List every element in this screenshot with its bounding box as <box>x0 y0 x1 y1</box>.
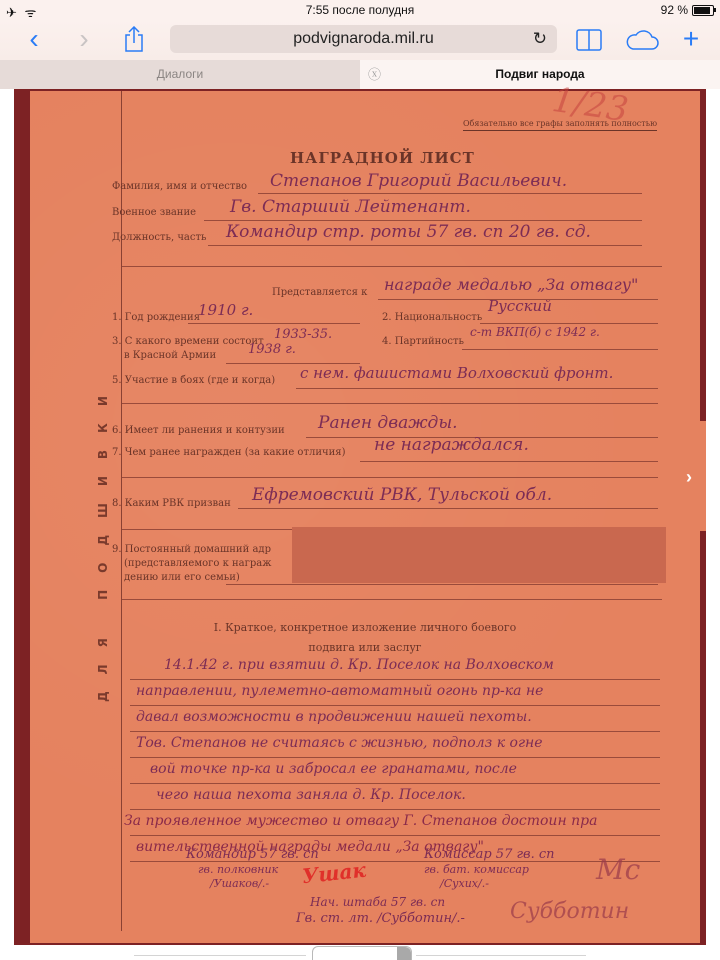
tab-bar: Диалоги ⓧ Подвиг народа <box>0 60 720 90</box>
url-text: podvignaroda.mil.ru <box>293 30 434 47</box>
rule <box>130 757 660 758</box>
fio-label: Фамилия, имя и отчество <box>112 181 247 192</box>
battles-label: 5. Участие в боях (где и когда) <box>112 375 275 386</box>
battery-icon <box>692 5 714 16</box>
battery-percent: 92 % <box>661 3 688 17</box>
share-icon <box>123 26 145 52</box>
narrative-line: 14.1.42 г. при взятии д. Кр. Поселок на … <box>164 657 554 673</box>
fio-value: Степанов Григорий Васильевич. <box>270 171 567 191</box>
page-viewport: ДЛЯ ПОДШИВКИ 1/23 Обязательно все графы … <box>0 89 720 960</box>
commander-name: /Ушаков/.- <box>210 877 269 890</box>
army-value-1: 1933-35. <box>274 327 332 342</box>
rank-value: Гв. Старший Лейтенант. <box>230 197 471 217</box>
pager-track <box>416 955 586 956</box>
rule <box>122 266 662 267</box>
narrative-line: За проявленное мужество и отвагу Г. Степ… <box>124 813 597 829</box>
close-tab-icon[interactable]: ⓧ <box>368 60 381 89</box>
army-label-1: 3. С какого времени состоит <box>112 336 264 347</box>
section-title: I. Краткое, конкретное изложение личного… <box>30 621 700 634</box>
wounds-label: 6. Имеет ли ранения и контузии <box>112 425 285 436</box>
rule <box>238 508 658 509</box>
nationality-value: Русский <box>488 297 552 315</box>
battery-status: 92 % <box>661 3 714 17</box>
army-label-2: в Красной Армии <box>124 350 216 361</box>
rule <box>122 529 298 530</box>
narrative-line: давал возможности в продвижении нашей пе… <box>136 709 532 725</box>
army-value-2: 1938 г. <box>248 342 296 357</box>
rule <box>130 705 660 706</box>
presented-label: Представляется к <box>272 287 367 298</box>
next-page-chevron-icon[interactable]: › <box>686 467 702 487</box>
commander-title: Командир 57 гв. сп <box>186 847 319 862</box>
pager-track <box>134 955 306 956</box>
rule <box>462 349 658 350</box>
wounds-value: Ранен дважды. <box>318 413 458 433</box>
birth-label: 1. Год рождения <box>112 312 200 323</box>
nationality-label: 2. Национальность <box>382 312 482 323</box>
rule <box>130 835 660 836</box>
tab-dialogs[interactable]: Диалоги <box>0 60 360 89</box>
awards-value: не награждался. <box>374 435 529 455</box>
rule <box>480 323 658 324</box>
forward-button[interactable]: › <box>70 24 98 54</box>
rule <box>208 245 642 246</box>
page-slider[interactable] <box>312 946 412 960</box>
rule <box>296 388 658 389</box>
rule <box>122 477 658 478</box>
browser-toolbar: ‹ › podvignaroda.mil.ru ↻ + <box>0 20 720 60</box>
address-label-3: дению или его семьи) <box>124 572 240 583</box>
rule <box>360 461 658 462</box>
rule <box>122 599 662 600</box>
commissar-signature: Мс <box>596 853 640 886</box>
narrative-line: Тов. Степанов не считаясь с жизнью, подп… <box>136 735 543 751</box>
status-bar: ✈ ᯤ 7:55 после полудня 92 % <box>0 0 720 20</box>
rule <box>130 731 660 732</box>
red-signature: Ушак <box>301 858 367 889</box>
icloud-tabs-button[interactable] <box>624 24 660 54</box>
battles-value: с нем. фашистами Волховский фронт. <box>300 364 613 382</box>
bookmarks-button[interactable] <box>574 24 604 54</box>
chief-of-staff-title: Нач. штаба 57 гв. сп <box>310 895 445 909</box>
page-slider-thumb[interactable] <box>397 947 411 960</box>
party-value: с-т ВКП(б) с 1942 г. <box>470 325 600 339</box>
rank-label: Военное звание <box>112 207 196 218</box>
rule <box>204 220 642 221</box>
cloud-icon <box>625 28 659 52</box>
award-sheet-image: ДЛЯ ПОДШИВКИ 1/23 Обязательно все графы … <box>30 91 700 943</box>
commissar-rank: гв. бат. комиссар <box>424 863 529 876</box>
rule <box>130 679 660 680</box>
status-time: 7:55 после полудня <box>0 3 720 17</box>
presented-value: награде медалью „За отвагу" <box>384 275 638 294</box>
position-value: Командир стр. роты 57 гв. сп 20 гв. сд. <box>226 222 591 242</box>
rvk-label: 8. Каким РВК призван <box>112 498 231 509</box>
book-icon <box>575 28 603 52</box>
chief-of-staff-name: Гв. ст. лт. /Субботин/.- <box>296 911 465 926</box>
party-label: 4. Партийность <box>382 336 464 347</box>
address-label-2: (представляемого к награж <box>124 558 271 569</box>
rule <box>130 809 660 810</box>
birth-value: 1910 г. <box>198 301 253 319</box>
header-note: Обязательно все графы заполнять полность… <box>463 119 657 131</box>
rule <box>188 323 360 324</box>
commander-rank: гв. полковник <box>198 863 278 876</box>
address-bar[interactable]: podvignaroda.mil.ru ↻ <box>170 25 557 53</box>
back-button[interactable]: ‹ <box>20 24 48 54</box>
rule <box>258 193 642 194</box>
narrative-line: вой точке пр-ка и забросал ее гранатами,… <box>150 761 517 777</box>
rule <box>122 403 658 404</box>
position-label: Должность, часть <box>112 232 206 243</box>
narrative-line: направлении, пулеметно-автоматный огонь … <box>136 683 543 699</box>
awards-label: 7. Чем ранее награжден (за какие отличия… <box>112 447 346 458</box>
rule <box>226 584 658 585</box>
tab-label: Диалоги <box>157 67 203 81</box>
section-subtitle: подвига или заслуг <box>30 641 700 654</box>
reload-icon[interactable]: ↻ <box>533 25 547 53</box>
commissar-name: /Сухих/.- <box>440 877 489 890</box>
share-button[interactable] <box>120 24 148 54</box>
rule <box>130 783 660 784</box>
narrative-line: чего наша пехота заняла д. Кр. Поселок. <box>156 787 466 803</box>
commissar-title: Комиссар 57 гв. сп <box>424 847 555 862</box>
tab-podvig-naroda[interactable]: ⓧ Подвиг народа <box>360 60 720 89</box>
document-title: НАГРАДНОЙ ЛИСТ <box>290 149 475 167</box>
new-tab-button[interactable]: + <box>676 24 706 54</box>
tab-label: Подвиг народа <box>495 67 584 81</box>
chief-of-staff-signature: Субботин <box>510 899 629 924</box>
redacted-address <box>292 527 666 583</box>
address-label-1: 9. Постоянный домашний адр <box>112 544 271 555</box>
rvk-value: Ефремовский РВК, Тульской обл. <box>252 485 552 505</box>
